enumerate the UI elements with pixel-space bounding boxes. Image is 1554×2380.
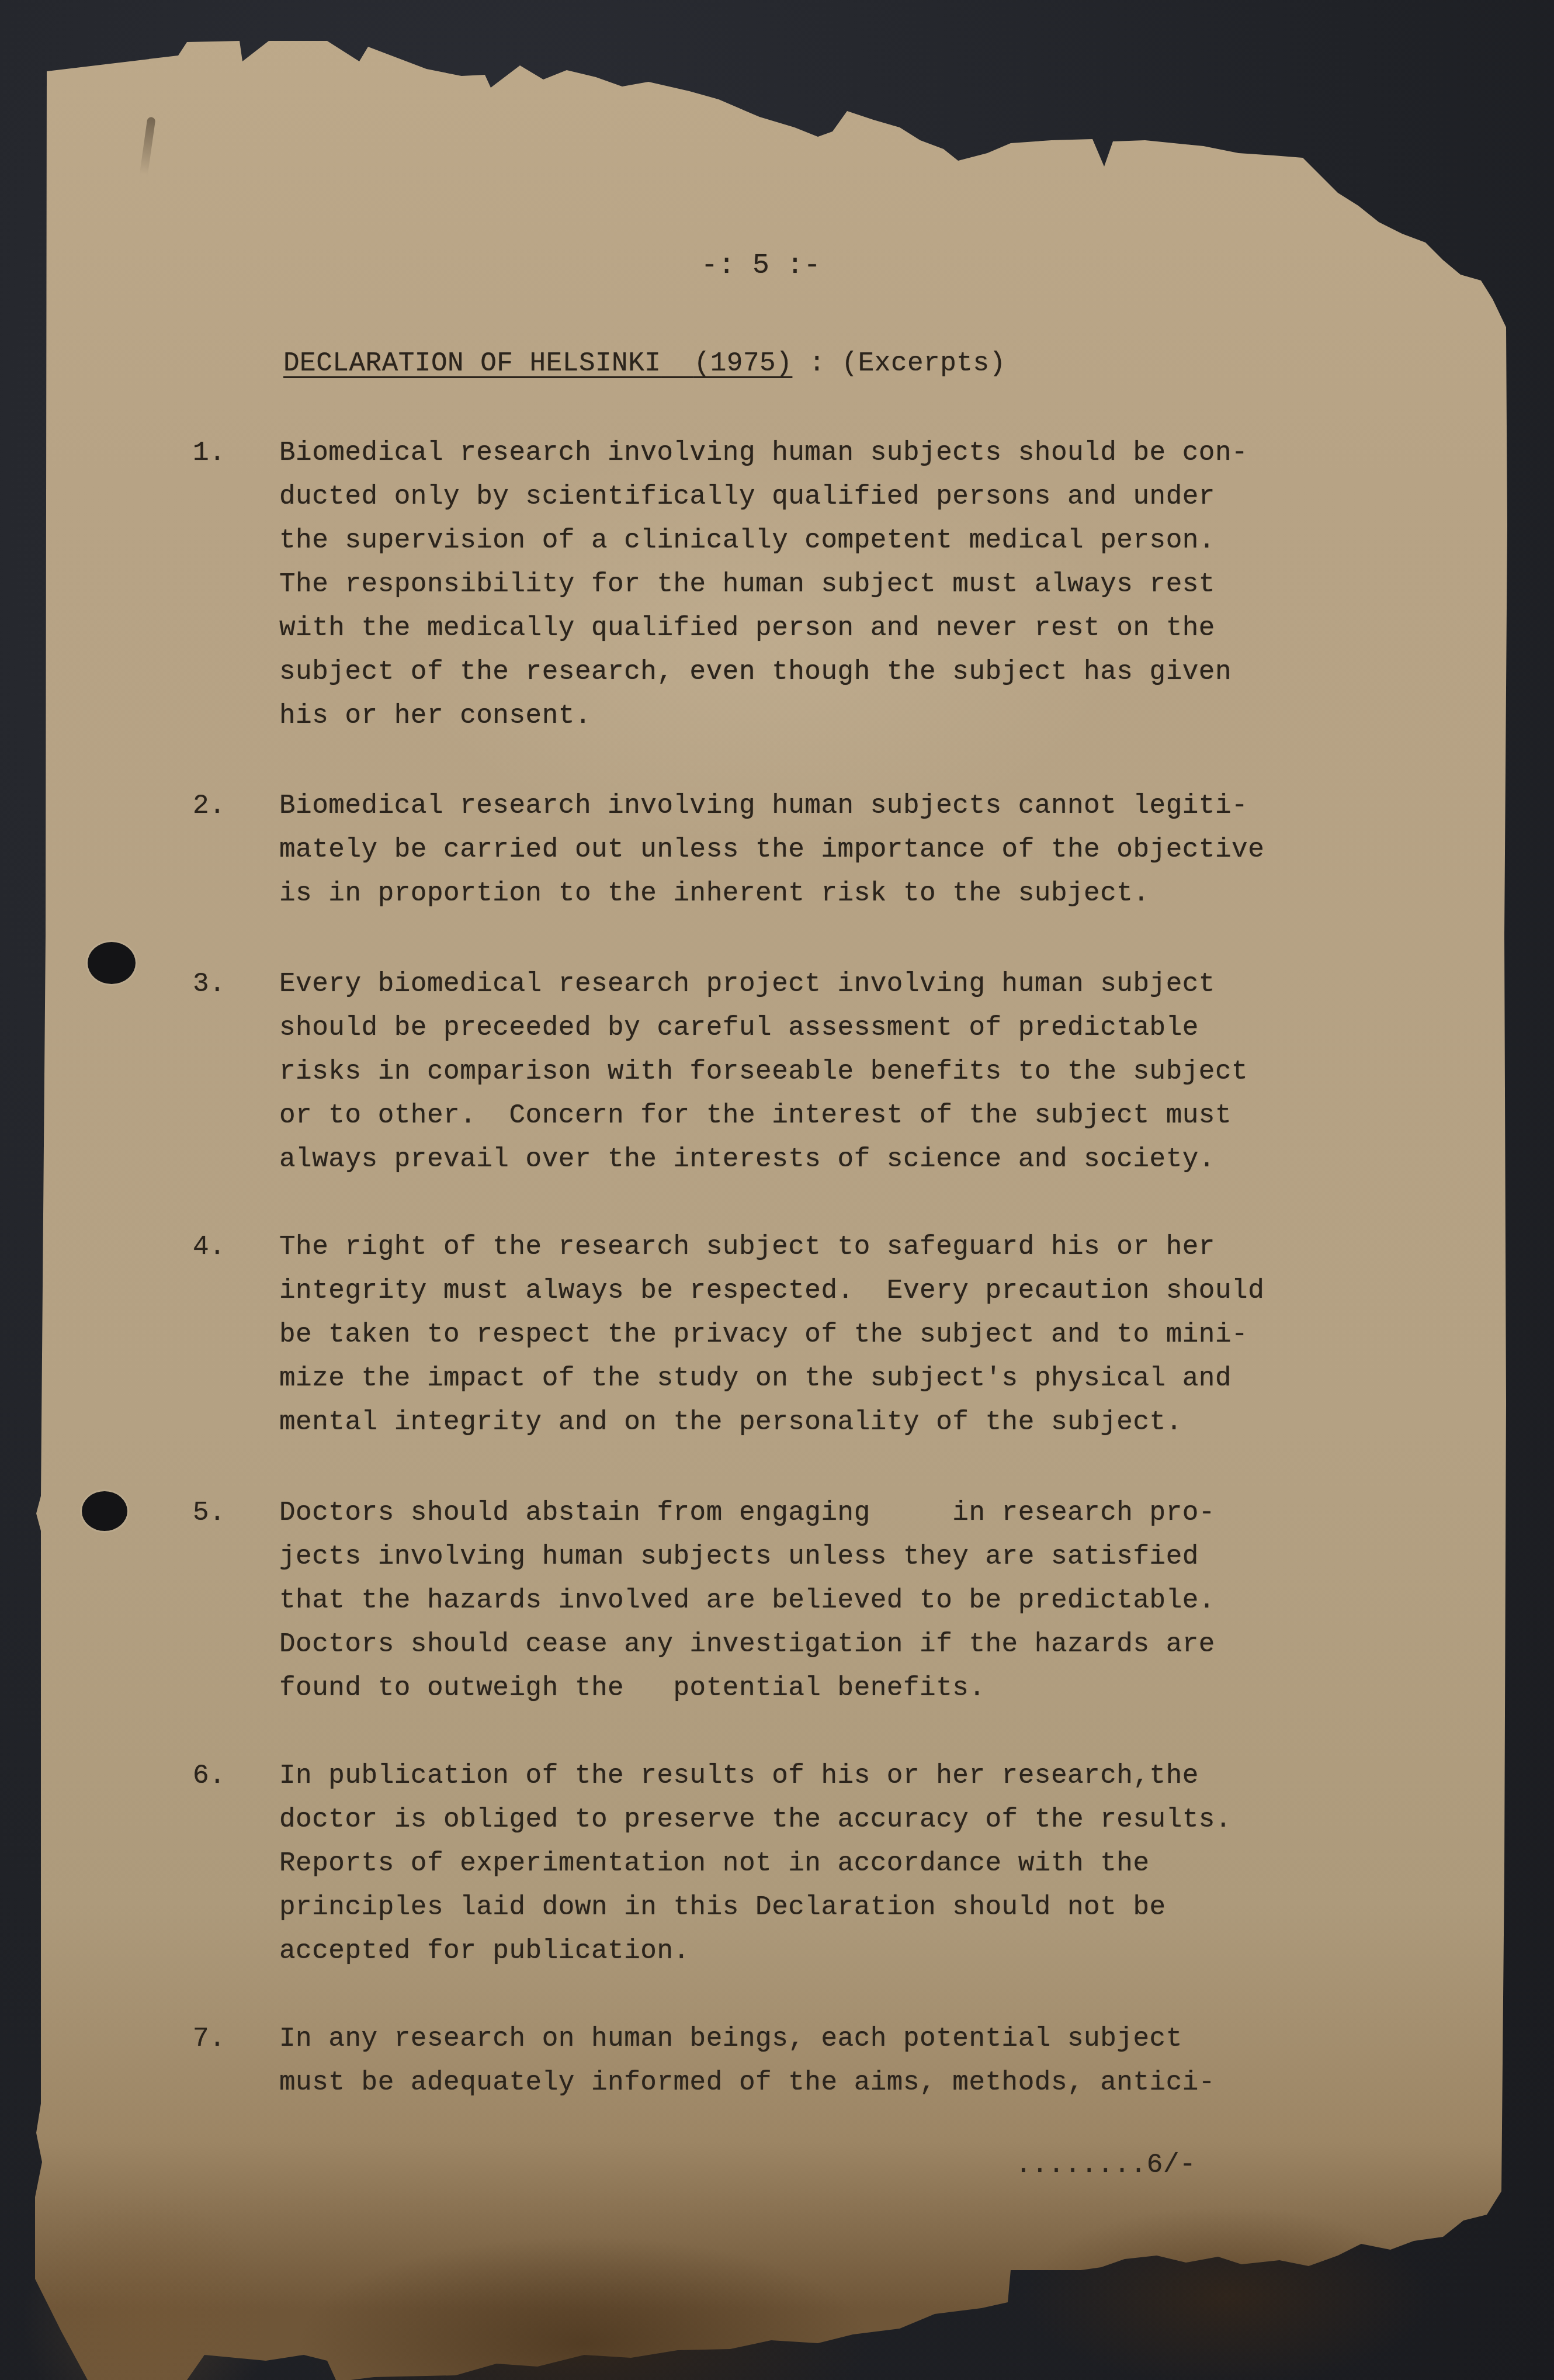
- item-line: jects involving human subjects unless th…: [279, 1535, 1215, 1579]
- item-line: In any research on human beings, each po…: [279, 2017, 1215, 2061]
- item-line: accepted for publication.: [279, 1929, 1232, 1973]
- item-number: 2.: [193, 784, 226, 828]
- item-line: In publication of the results of his or …: [279, 1754, 1232, 1798]
- item-line: with the medically qualified person and …: [279, 607, 1248, 650]
- item-line: subject of the research, even though the…: [279, 650, 1248, 694]
- item-line: principles laid down in this Declaration…: [279, 1886, 1232, 1929]
- item-line: mize the impact of the study on the subj…: [279, 1357, 1264, 1401]
- title-separator: :: [809, 348, 825, 379]
- item-line: Doctors should cease any investigation i…: [279, 1623, 1215, 1667]
- item-line: Doctors should abstain from engaging in …: [279, 1491, 1215, 1535]
- item-line: The responsibility for the human subject…: [279, 563, 1248, 607]
- item-line: Biomedical research involving human subj…: [279, 431, 1248, 475]
- item-text: Every biomedical research project involv…: [279, 962, 1248, 1182]
- item-line: integrity must always be respected. Ever…: [279, 1269, 1264, 1313]
- page-marker: -: 5 :-: [701, 244, 821, 288]
- item-number: 1.: [193, 431, 226, 475]
- item-line: Reports of experimentation not in accord…: [279, 1842, 1232, 1886]
- item-text: In publication of the results of his or …: [279, 1754, 1232, 1973]
- item-number: 3.: [193, 962, 226, 1006]
- item-text: The right of the research subject to saf…: [279, 1225, 1264, 1444]
- document-title: DECLARATION OF HELSINKI (1975) : (Excerp…: [283, 342, 1006, 386]
- item-line: or to other. Concern for the interest of…: [279, 1094, 1248, 1138]
- item-line: found to outweigh the potential benefits…: [279, 1667, 1215, 1710]
- item-text: Doctors should abstain from engaging in …: [279, 1491, 1215, 1710]
- continuation-marker: ........6/-: [1015, 2143, 1196, 2187]
- title-year: (1975): [694, 348, 793, 379]
- item-number: 6.: [193, 1754, 226, 1798]
- item-line: Every biomedical research project involv…: [279, 962, 1248, 1006]
- item-line: his or her consent.: [279, 694, 1248, 738]
- item-line: must be adequately informed of the aims,…: [279, 2061, 1215, 2105]
- item-line: The right of the research subject to saf…: [279, 1225, 1264, 1269]
- item-line: should be preceeded by careful assessmen…: [279, 1006, 1248, 1050]
- item-text: In any research on human beings, each po…: [279, 2017, 1215, 2105]
- punch-hole-lower: [82, 1491, 127, 1531]
- item-line: risks in comparison with forseeable bene…: [279, 1050, 1248, 1094]
- item-line: the supervision of a clinically competen…: [279, 519, 1248, 563]
- item-line: always prevail over the interests of sci…: [279, 1138, 1248, 1182]
- title-main: DECLARATION OF HELSINKI: [283, 348, 661, 379]
- punch-hole-upper: [88, 942, 136, 984]
- item-number: 7.: [193, 2017, 226, 2061]
- item-number: 4.: [193, 1225, 226, 1269]
- item-line: mately be carried out unless the importa…: [279, 828, 1264, 872]
- item-line: doctor is obliged to preserve the accura…: [279, 1798, 1232, 1842]
- item-line: mental integrity and on the personality …: [279, 1401, 1264, 1444]
- item-text: Biomedical research involving human subj…: [279, 784, 1264, 916]
- item-line: be taken to respect the privacy of the s…: [279, 1313, 1264, 1357]
- item-line: ducted only by scientifically qualified …: [279, 475, 1248, 519]
- item-line: that the hazards involved are believed t…: [279, 1579, 1215, 1623]
- item-line: Biomedical research involving human subj…: [279, 784, 1264, 828]
- item-number: 5.: [193, 1491, 226, 1535]
- item-line: is in proportion to the inherent risk to…: [279, 872, 1264, 916]
- title-qualifier: (Excerpts): [842, 348, 1006, 379]
- item-text: Biomedical research involving human subj…: [279, 431, 1248, 738]
